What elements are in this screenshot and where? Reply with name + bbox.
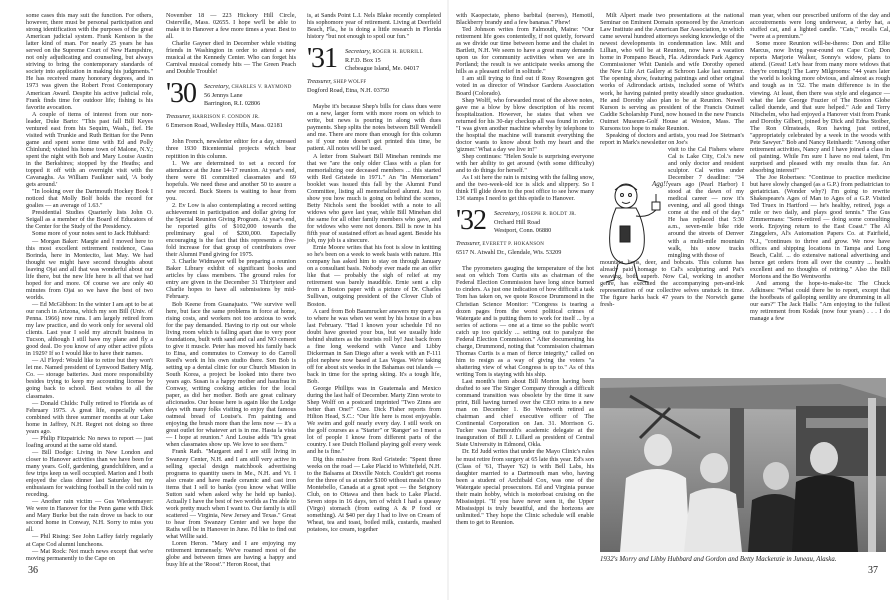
paragraph: — Bill Dodge: Living in New London and c… (26, 449, 153, 498)
paragraph: 1. We are determined to set a record for… (166, 160, 296, 202)
photo-caption: 1932's Morry and Libby Hubbard and Gordo… (600, 556, 892, 563)
speaking-of-doctors-paragraph: Speaking of doctors and artists, you rea… (600, 132, 744, 146)
paragraph: — Donald Childs: Fully retired to Florid… (26, 400, 153, 435)
left-column-2: November 18 — 223 Hickory Hill Circle, O… (166, 12, 296, 568)
paragraph: Bob Keene from Guanajuato. "We survive w… (166, 301, 296, 449)
paragraph: Ted Johnson writes from Falmouth, Maine:… (456, 26, 594, 75)
pen-and-ink-cartoon-illustration: Agg!! (604, 176, 672, 288)
paragraph: John French, newsletter editor for a day… (166, 138, 296, 159)
paragraph: Frank Rath. "Margaret and I are still li… (166, 448, 296, 540)
paragraph: Shep Wolff, who forwarded most of the ab… (456, 97, 594, 153)
page-number-right: 37 (868, 565, 878, 576)
class-1932-header: '32 Secretary, JOSEPH R. BOLDT JR. Orcha… (456, 210, 594, 240)
class-year-1932: '32 (456, 206, 486, 236)
page-number-left: 36 (28, 565, 38, 576)
magazine-spread: some cases this may suit the function. F… (0, 0, 896, 600)
cal-fishers-wrap-text: visit to the Cal Fishers where Cal is La… (668, 146, 744, 259)
paragraph: — Morgan Baker: Margie and I moved here … (26, 238, 153, 301)
paragraph: Last month's item about Bill Morton havi… (456, 378, 594, 448)
paragraph: The pyrometers gauging the temperature o… (456, 265, 594, 378)
paragraph: Ernie Moore writes that his foot is slow… (307, 244, 441, 307)
paragraph: George Phillips was in Guatemala and Mex… (307, 385, 441, 455)
class-1932-treasurer: Treasurer, EVERETT P. HOKANSON 6517 N. A… (456, 240, 594, 257)
paragraph: — Phil Rising: See John Laffey fairly re… (26, 533, 153, 547)
class-1931-treasurer: Treasurer, SHEP WOLFF Dogford Road, Etna… (307, 78, 441, 95)
paragraph: — Al Floyd: Would like to retire but the… (26, 357, 153, 399)
paragraph: November 18 — 223 Hickory Hill Circle, O… (166, 12, 296, 40)
class-year-1931: '31 (307, 44, 337, 74)
paragraph: some cases this may suit the function. F… (26, 12, 153, 111)
paragraph: "In looking over the Dartmouth Hockey Bo… (26, 188, 153, 209)
paragraph: Shep continues: "Helen Soule is surprisi… (456, 153, 594, 174)
paragraph: — Another rain victim — Gus Wiedenmayer:… (26, 498, 153, 533)
paragraph: As I sit here the rain is mixing with th… (456, 174, 594, 202)
paragraph: The Joe Robertses: "Continue to practice… (750, 174, 890, 280)
class-1931-header: '31 Secretary, ROGER H. BURRILL R.F.D. B… (307, 48, 441, 78)
paragraph: A card from Bob Baumrucker answers my qu… (307, 308, 441, 386)
paragraph: man year, when our prescribed uniform of… (750, 12, 890, 40)
paragraph: A letter from Stalwart Bill Minehan remi… (307, 153, 441, 245)
right-column-1: with Kaopectate, pheno barbital (nerves)… (456, 12, 594, 526)
paragraph: Presidential Studies Quarterly lists Joh… (26, 209, 153, 230)
class-1931-secretary: Secretary, ROGER H. BURRILL R.F.D. Box 1… (345, 48, 423, 73)
paragraph: A couple of items of interest from our n… (26, 111, 153, 189)
right-page: with Kaopectate, pheno barbital (nerves)… (448, 0, 896, 600)
paragraph: And among the hope-to-make-its: The Chuc… (750, 280, 890, 322)
left-column-1: some cases this may suit the function. F… (26, 12, 153, 562)
svg-text:Agg!!: Agg!! (651, 180, 669, 188)
paragraph: I am still trying to find out if Rosy Ro… (456, 75, 594, 96)
left-column-3: is, at Sands Point L.I. Nels Blake recen… (307, 12, 441, 533)
class-1930-secretary: Secretary, CHARLES V. RAYMOND 56 Jennys … (204, 83, 292, 108)
paragraph: Some more Reunion will-be-theres: Don an… (750, 40, 890, 174)
paragraph: 2. Ev Low is also contemplating a record… (166, 202, 296, 258)
class-1932-secretary: Secretary, JOSEPH R. BOLDT JR. Orchard H… (494, 210, 576, 235)
class-1930-header: '30 Secretary, CHARLES V. RAYMOND 56 Jen… (166, 83, 296, 113)
paragraph: — Mat Rock: Not much news except that we… (26, 548, 153, 562)
paragraph: Dr. Ed Judd writes that under the Mayo C… (456, 448, 594, 526)
milt-alpert-paragraph: Milt Alpert made two presentations at th… (600, 12, 744, 132)
class-year-1930: '30 (166, 79, 196, 109)
paragraph: with Kaopectate, pheno barbital (nerves)… (456, 12, 594, 26)
paragraph: is, at Sands Point L.I. Nels Blake recen… (307, 12, 441, 40)
paragraph: Maybe it's because Shep's bills for clas… (307, 103, 441, 152)
paragraph: 3. Charlie Widmayer will be preparing a … (166, 258, 296, 300)
paragraph: Some more of your notes sent to Jack Hub… (26, 230, 153, 237)
paragraph: — Philip Fitzpatrick: No news to report … (26, 435, 153, 449)
reunion-photo (600, 378, 886, 552)
paragraph: Dig this missive from Red Gristede: "Spe… (307, 456, 441, 534)
paragraph: — Ed McGibbon: In the winter I am apt to… (26, 301, 153, 357)
paragraph: Loren Heron. "Mary and I are enjoying my… (166, 540, 296, 568)
class-1930-treasurer: Treasurer, HARRISON F. CONDON JR. 6 Emer… (166, 113, 296, 130)
left-page: some cases this may suit the function. F… (0, 0, 448, 600)
paragraph: Charlie Gayner died in December while vi… (166, 40, 296, 75)
right-column-3: man year, when our prescribed uniform of… (750, 12, 890, 322)
